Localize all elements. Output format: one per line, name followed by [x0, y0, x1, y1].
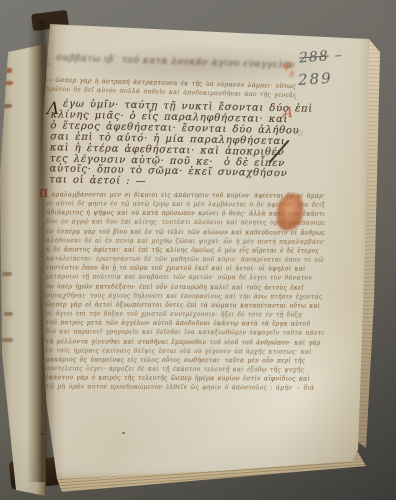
facing-page-rubric-mark	[2, 68, 12, 73]
facing-page-bleed-mark	[2, 272, 12, 276]
commentary-line: διὸ καὶ παραινεῖ γρηγορεῖν καὶ δεῖσθαι ἵ…	[46, 328, 324, 339]
manuscript-photo: { "colors": { "backdrop": "#6f6d68", "ba…	[0, 0, 396, 500]
folio-number-old: 288	[298, 48, 329, 66]
facing-page-rubric-mark	[5, 81, 13, 85]
gutter-shadow	[28, 20, 56, 482]
commentary-line: συναχθῆναι· τοὺς ἁγίους δηλονότι καὶ ἐπο…	[46, 291, 324, 302]
facing-page-bleed-mark	[2, 338, 13, 342]
pencil-dash: –	[334, 47, 343, 64]
ink-speck	[122, 432, 125, 434]
rubric-ornament-tick: 9	[289, 70, 294, 79]
rubric-margin-letter: Α	[282, 105, 293, 122]
commentary-line: μετάρσιοι τῇ πολιτείᾳ καὶ ἀναβάσει τῶν ἀ…	[46, 273, 324, 284]
faded-ink-mark: ο	[297, 128, 303, 139]
commentary-line: οἱ ἅγιοι ἐπὶ τὴν δόξαν τοῦ χριστοῦ συντρ…	[46, 309, 324, 320]
commentary-line: καταλείπεται· ἐρωτησάντων δὲ τῶν μαθητῶν…	[46, 254, 324, 265]
folio-number-struck: 288–	[298, 47, 343, 66]
commentary-line: ἐν ταῖς ἡμέραις ἐκείναις θλῖψις ἔσται οἵ…	[46, 346, 324, 357]
commentary-line: ἀλήθουσαι δὲ αἱ ἐν πενίᾳ καὶ μόχθῳ ζῶσαι…	[46, 236, 324, 247]
facing-page-bleed-mark	[3, 104, 12, 108]
ink-speck	[41, 433, 44, 435]
facing-page-bleed-mark	[4, 312, 13, 316]
scene: ς σαββάτω ιβ΄ τοῦ κατὰ λουκᾶν ἁγίου εὐαγ…	[0, 0, 396, 500]
commentary-line: συντελείας λέγει· ἁρμόζει δὲ καὶ τῇ ἑκάσ…	[46, 364, 324, 375]
commentary-line: τῷ μὴ ὁρᾶν αὐτὸν προσδοκώμενον ἐλθεῖν ὥς…	[45, 383, 323, 394]
manuscript-page: ς σαββάτω ιβ΄ τοῦ κατὰ λουκᾶν ἁγίου εὐαγ…	[36, 20, 376, 484]
gospel-text-block: έγω ὑμῖν· ταύτῃ τῇ νυκτὶ ἔσονται δύο ἐπὶ…	[49, 99, 313, 196]
folio-number: 289	[298, 69, 334, 89]
